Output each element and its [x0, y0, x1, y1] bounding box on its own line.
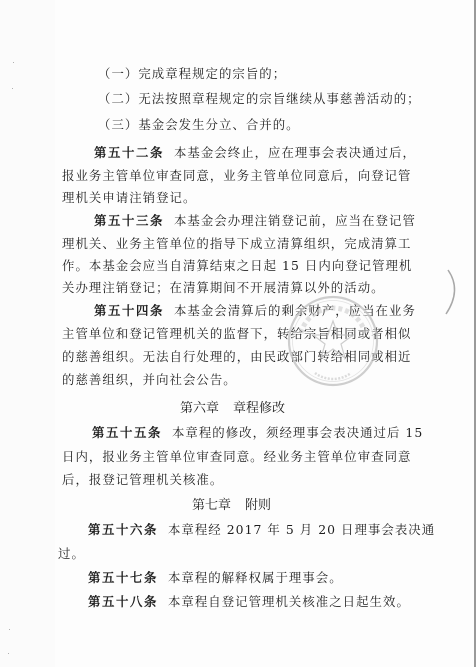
article-53: 第五十三条本基金会办理注销登记前，应当在登记管 — [94, 213, 416, 229]
chapter-number: 第六章 — [180, 401, 219, 416]
article-label: 第五十六条 — [88, 522, 158, 537]
article-label: 第五十三条 — [94, 213, 164, 228]
article-text: 本基金会终止，应在理事会表决通过后， — [174, 145, 416, 160]
article-text: 本章程的修改，须经理事会表决通过后 15 — [172, 425, 423, 440]
list-item: （二）无法按照章程规定的宗旨继续从事慈善活动的； — [98, 91, 421, 107]
scan-speck — [9, 629, 10, 630]
article-text: 本章程经 2017 年 5 月 20 日理事会表决通 — [168, 522, 435, 537]
article-text: 后，报登记管理机关核准。 — [62, 472, 223, 488]
chapter-title: 章程修改 — [233, 401, 285, 416]
article-text: 的慈善组织，并向社会公告。 — [62, 372, 237, 388]
article-55: 第五十五条本章程的修改，须经理事会表决通过后 15 — [92, 425, 423, 441]
article-text: 报业务主管单位审查同意，业务主管单位同意后，向登记管 — [62, 168, 411, 184]
article-label: 第五十八条 — [88, 594, 158, 609]
article-text: 日内，报业务主管单位审查同意。经业务主管单位审查同意 — [62, 449, 411, 465]
scan-speck — [13, 62, 14, 63]
article-text: 过。 — [58, 546, 85, 562]
article-text: 本基金会办理注销登记前，应当在登记管 — [174, 213, 416, 228]
article-text: 作。本基金会应当自清算结束之日起 15 日内向登记管理机 — [62, 258, 412, 274]
chapter-title: 附则 — [245, 498, 271, 513]
article-text: 本章程自登记管理机关核准之日起生效。 — [168, 594, 410, 609]
article-label: 第五十四条 — [94, 303, 164, 318]
scan-speck — [12, 88, 13, 89]
chapter-heading: 第七章附则 — [192, 498, 271, 514]
article-text: 理机关、业务主管单位的指导下成立清算组织，完成清算工 — [62, 236, 411, 252]
article-text: 理机关申请注销登记。 — [62, 190, 196, 206]
article-label: 第五十七条 — [88, 570, 158, 585]
seal-arc-mark — [440, 268, 470, 318]
article-text: 主管单位和登记管理机关的监督下，转给宗旨相同或者相似 — [62, 326, 411, 342]
chapter-number: 第七章 — [192, 498, 231, 513]
chapter-heading: 第六章章程修改 — [180, 401, 285, 417]
article-label: 第五十五条 — [92, 425, 162, 440]
list-item: （一）完成章程规定的宗旨的； — [98, 66, 286, 82]
document-page: （一）完成章程规定的宗旨的； （二）无法按照章程规定的宗旨继续从事慈善活动的； … — [0, 0, 476, 667]
left-margin — [0, 0, 55, 667]
article-56: 第五十六条本章程经 2017 年 5 月 20 日理事会表决通 — [88, 522, 435, 538]
article-57: 第五十七条本章程的解释权属于理事会。 — [88, 570, 343, 586]
list-item: （三）基金会发生分立、合并的。 — [98, 117, 300, 133]
article-text: 的慈善组织。无法自行处理的，由民政部门转给相同或相近 — [62, 349, 411, 365]
article-text: 本基金会清算后的剩余财产，应当在业务 — [174, 303, 416, 318]
scan-speck — [8, 653, 9, 654]
article-52: 第五十二条本基金会终止，应在理事会表决通过后， — [94, 145, 416, 161]
article-label: 第五十二条 — [94, 145, 164, 160]
article-text: 关办理注销登记；在清算期间不开展清算以外的活动。 — [62, 280, 385, 296]
article-54: 第五十四条本基金会清算后的剩余财产，应当在业务 — [94, 303, 416, 319]
article-text: 本章程的解释权属于理事会。 — [168, 570, 343, 585]
article-58: 第五十八条本章程自登记管理机关核准之日起生效。 — [88, 594, 410, 610]
